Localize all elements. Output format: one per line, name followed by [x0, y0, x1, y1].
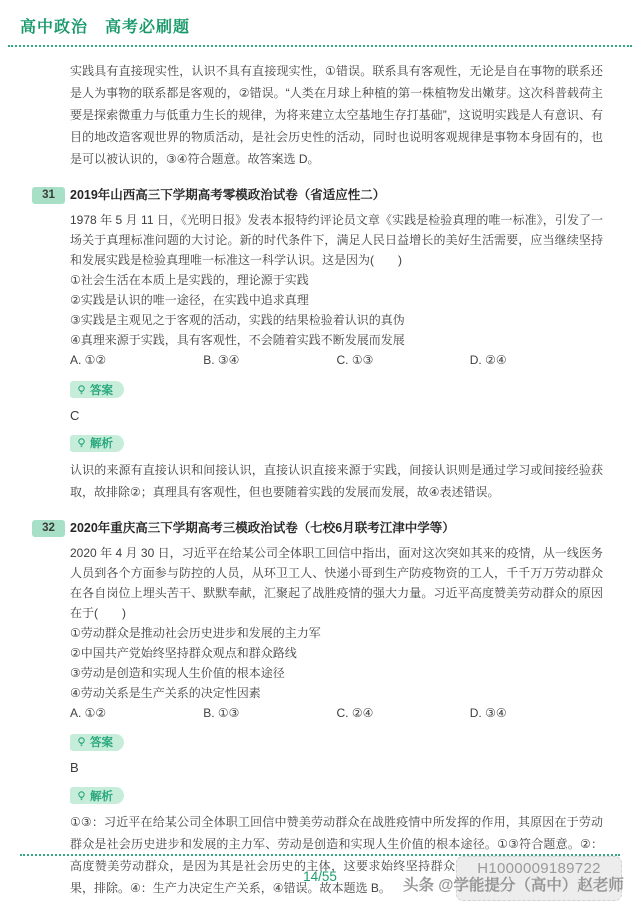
statement-4: ④劳动关系是生产关系的决定性因素 [70, 683, 603, 703]
statement-3: ③实践是主观见之于客观的活动，实践的结果检验着认识的真伪 [70, 310, 603, 330]
choice-c: C. ②④ [337, 703, 470, 723]
question-source-title: 2019年山西高三下学期高考零模政治试卷（省适应性二） [70, 186, 603, 205]
lightbulb-icon [77, 790, 86, 802]
choice-d: D. ②④ [470, 350, 603, 370]
watermark-author: 头条 @学能提分（高中）赵老师 [403, 873, 624, 895]
answer-value: B [70, 758, 603, 778]
question-stem: 1978 年 5 月 11 日，《光明日报》发表本报特约评论员文章《实践是检验真… [70, 210, 603, 270]
statement-1: ①劳动群众是推动社会历史进步和发展的主力军 [70, 623, 603, 643]
choice-a: A. ①② [70, 350, 203, 370]
choice-d: D. ③④ [470, 703, 603, 723]
statement-1: ①社会生活在本质上是实践的，理论源于实践 [70, 270, 603, 290]
statement-3: ③劳动是创造和实现人生价值的根本途径 [70, 663, 603, 683]
choice-a: A. ①② [70, 703, 203, 723]
question-source-title: 2020年重庆高三下学期高考三模政治试卷（七校6月联考江津中学等） [70, 519, 603, 538]
answer-tag: 答案 [70, 381, 124, 398]
analysis-tag-label: 解析 [90, 788, 113, 804]
question-stem: 2020 年 4 月 30 日，习近平在给某公司全体职工回信中指出，面对这次突如… [70, 543, 603, 623]
page-title: 高中政治 高考必刷题 [20, 14, 190, 37]
statement-4: ④真理来源于实践，具有客观性，不会随着实践不断发展而发展 [70, 330, 603, 350]
question-number-badge: 32 [32, 520, 65, 537]
carryover-analysis-text: 实践具有直接现实性，认识不具有直接现实性，①错误。联系具有客观性，无论是自在事物… [70, 60, 603, 170]
lightbulb-icon [77, 437, 86, 449]
choice-b: B. ①③ [203, 703, 336, 723]
answer-value: C [70, 406, 603, 426]
choice-b: B. ③④ [203, 350, 336, 370]
statement-2: ②中国共产党始终坚持群众观点和群众路线 [70, 643, 603, 663]
analysis-tag-label: 解析 [90, 435, 113, 451]
exam-page: 高中政治 高考必刷题 实践具有直接现实性，认识不具有直接现实性，①错误。联系具有… [0, 0, 640, 906]
choice-row: A. ①② B. ③④ C. ①③ D. ②④ [70, 350, 603, 370]
question-number-badge: 31 [32, 187, 65, 204]
choice-c: C. ①③ [337, 350, 470, 370]
lightbulb-icon [77, 736, 86, 748]
lightbulb-icon [77, 384, 86, 396]
question-block-32: 32 2020年重庆高三下学期高考三模政治试卷（七校6月联考江津中学等） 202… [70, 519, 603, 900]
content-area: 实践具有直接现实性，认识不具有直接现实性，①错误。联系具有客观性，无论是自在事物… [70, 60, 603, 899]
analysis-tag: 解析 [70, 787, 124, 804]
answer-tag-label: 答案 [90, 734, 113, 750]
choice-row: A. ①② B. ①③ C. ②④ D. ③④ [70, 703, 603, 723]
answer-tag-label: 答案 [90, 382, 113, 398]
statement-2: ②实践是认识的唯一途径，在实践中追求真理 [70, 290, 603, 310]
header-divider [8, 45, 632, 47]
question-block-31: 31 2019年山西高三下学期高考零模政治试卷（省适应性二） 1978 年 5 … [70, 186, 603, 503]
answer-tag: 答案 [70, 734, 124, 751]
analysis-text: 认识的来源有直接认识和间接认识，直接认识直接来源于实践，间接认识则是通过学习或间… [70, 459, 603, 503]
analysis-tag: 解析 [70, 435, 124, 452]
